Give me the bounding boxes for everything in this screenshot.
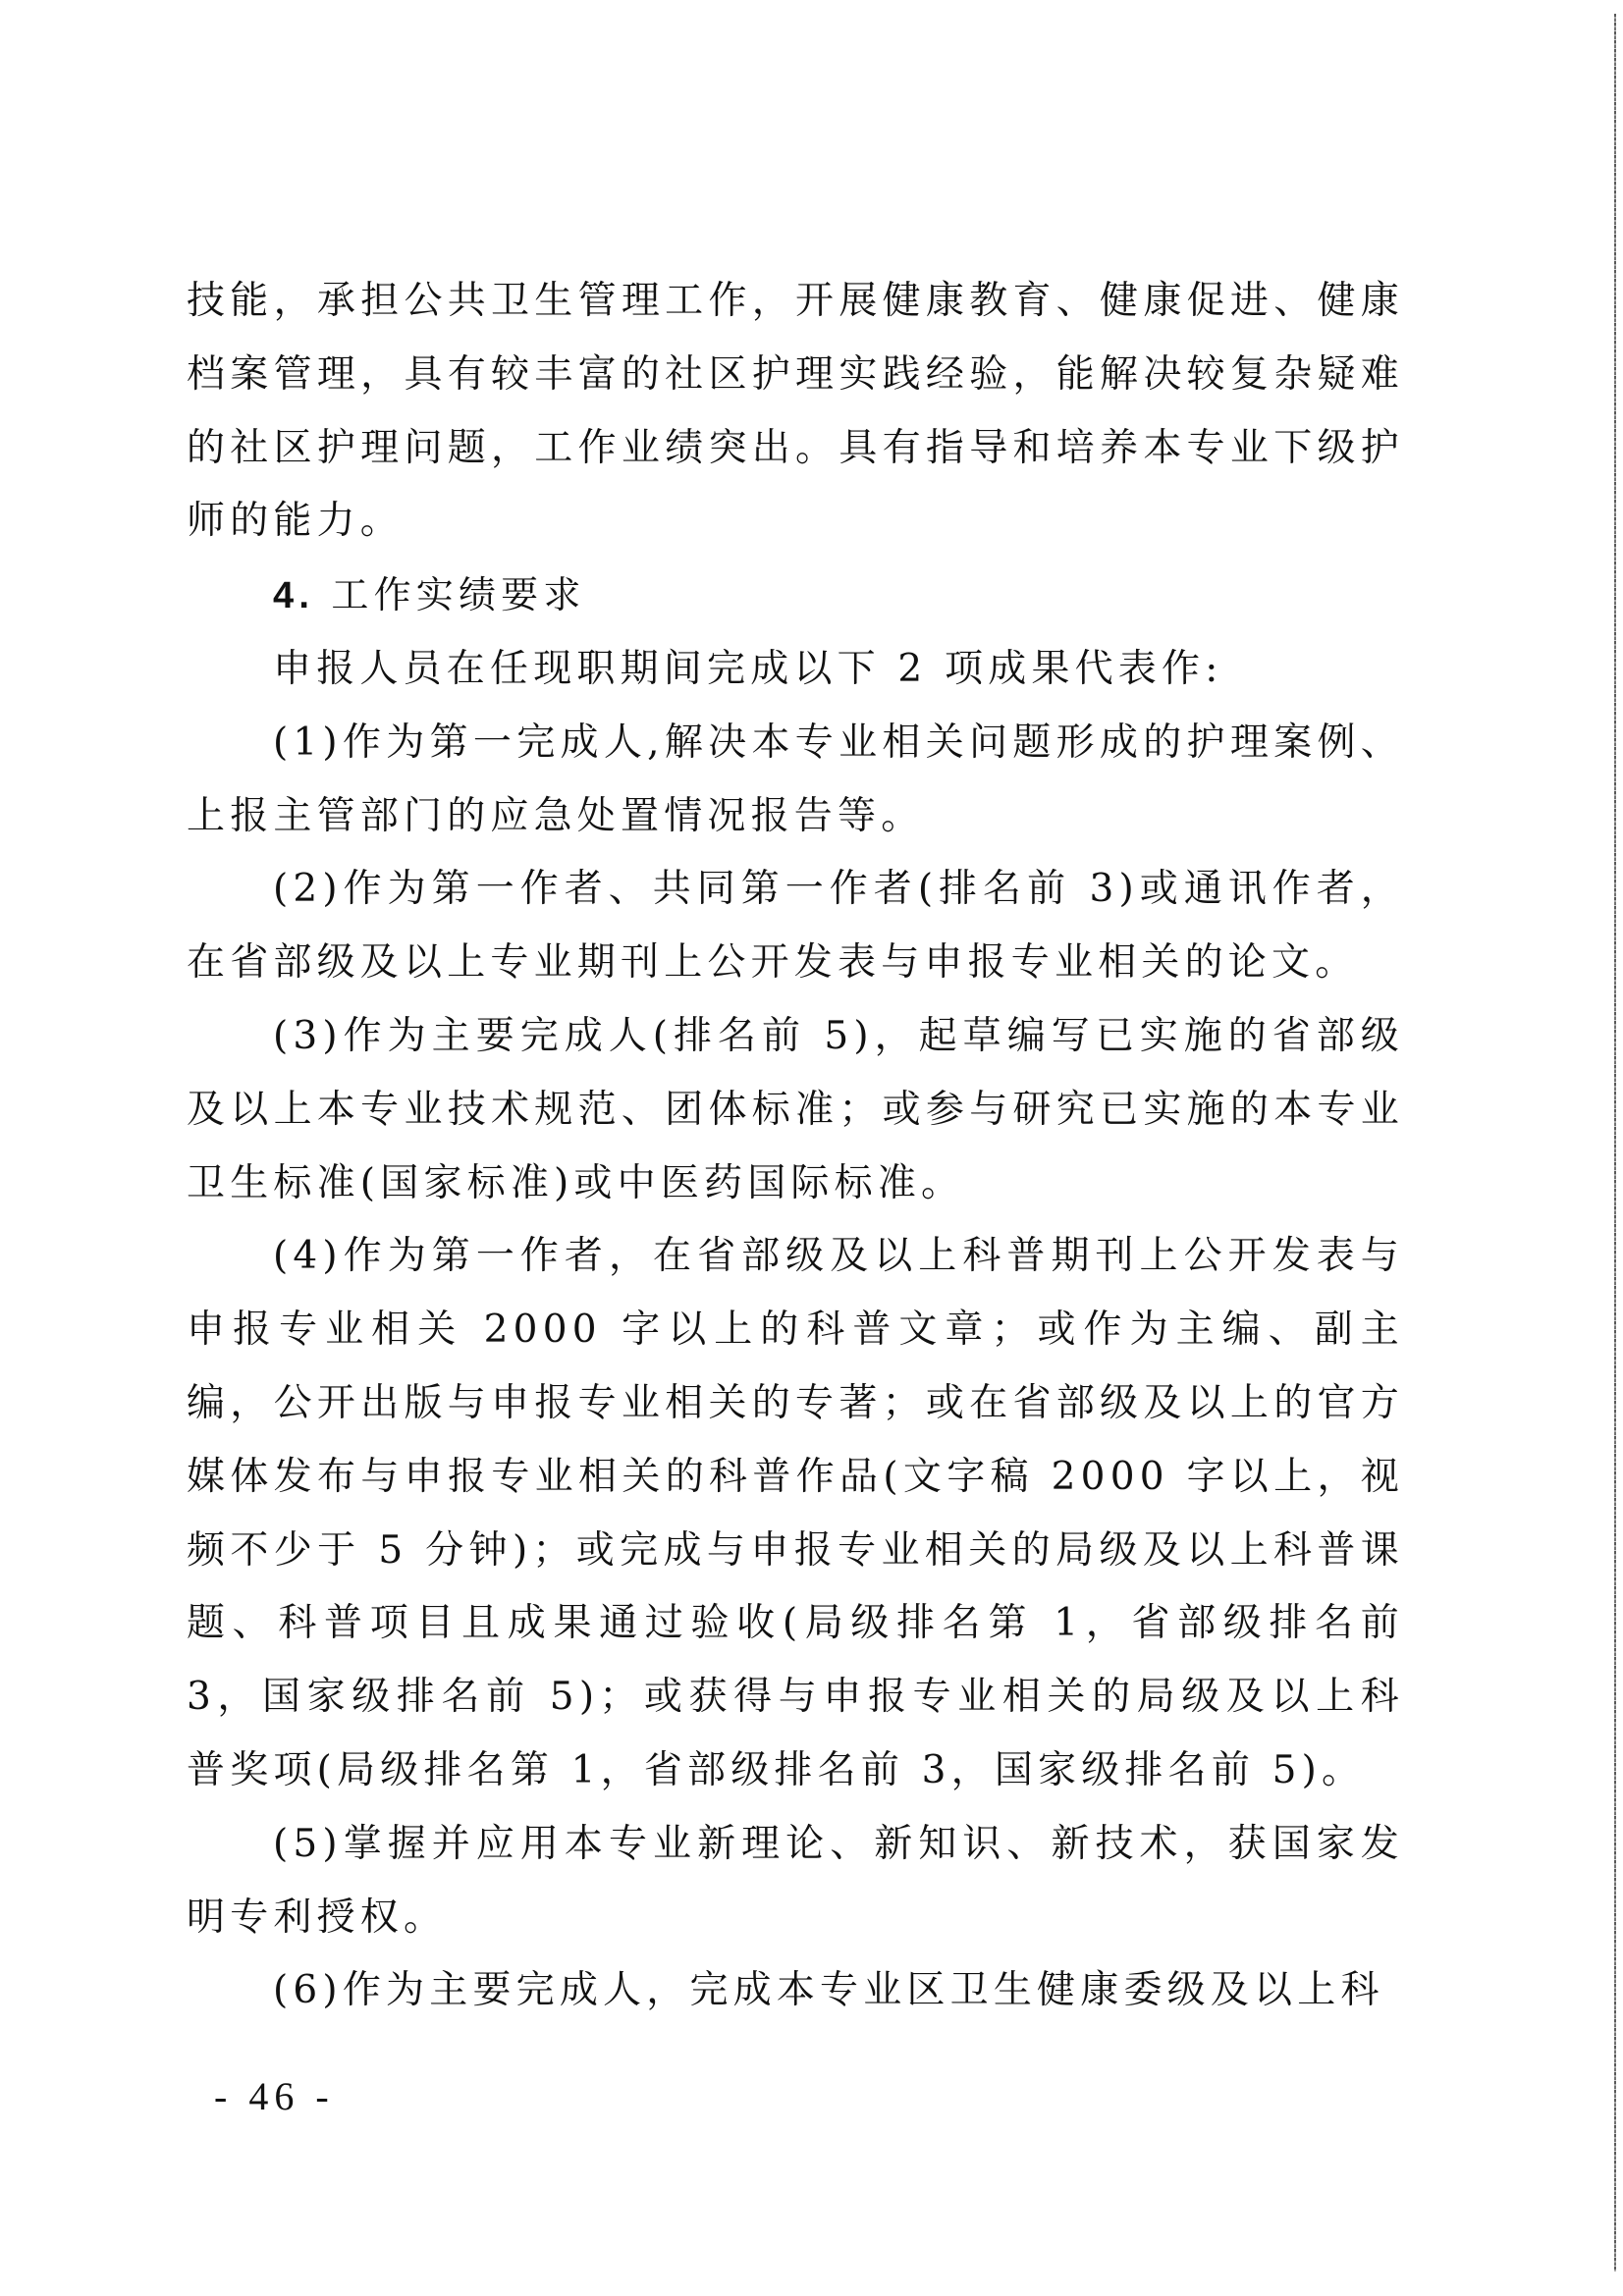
- scan-edge-line: [1614, 14, 1616, 2271]
- paragraph-intro: 申报人员在任现职期间完成以下 2 项成果代表作:: [187, 633, 1404, 707]
- section-heading: 4. 工作实绩要求: [187, 559, 1404, 633]
- list-item-2: (2)作为第一作者、共同第一作者(排名前 3)或通讯作者，在省部级及以上专业期刊…: [187, 853, 1404, 1000]
- document-body: 技能，承担公共卫生管理工作，开展健康教育、健康促进、健康档案管理，具有较丰富的社…: [187, 265, 1404, 2028]
- list-item-5: (5)掌握并应用本专业新理论、新知识、新技术，获国家发明专利授权。: [187, 1808, 1404, 1955]
- paragraph-continued: 技能，承担公共卫生管理工作，开展健康教育、健康促进、健康档案管理，具有较丰富的社…: [187, 265, 1404, 559]
- list-item-4: (4)作为第一作者，在省部级及以上科普期刊上公开发表与申报专业相关 2000 字…: [187, 1220, 1404, 1807]
- section-number: 4.: [273, 575, 314, 616]
- list-item-6: (6)作为主要完成人，完成本专业区卫生健康委级及以上科: [187, 1954, 1404, 2028]
- list-item-1: (1)作为第一完成人,解决本专业相关问题形成的护理案例、上报主管部门的应急处置情…: [187, 707, 1404, 854]
- page-number: - 46 -: [214, 2073, 335, 2119]
- list-item-3: (3)作为主要完成人(排名前 5)，起草编写已实施的省部级及以上本专业技术规范、…: [187, 1000, 1404, 1220]
- section-title: 工作实绩要求: [331, 573, 585, 616]
- document-page: 技能，承担公共卫生管理工作，开展健康教育、健康促进、健康档案管理，具有较丰富的社…: [0, 0, 1623, 2296]
